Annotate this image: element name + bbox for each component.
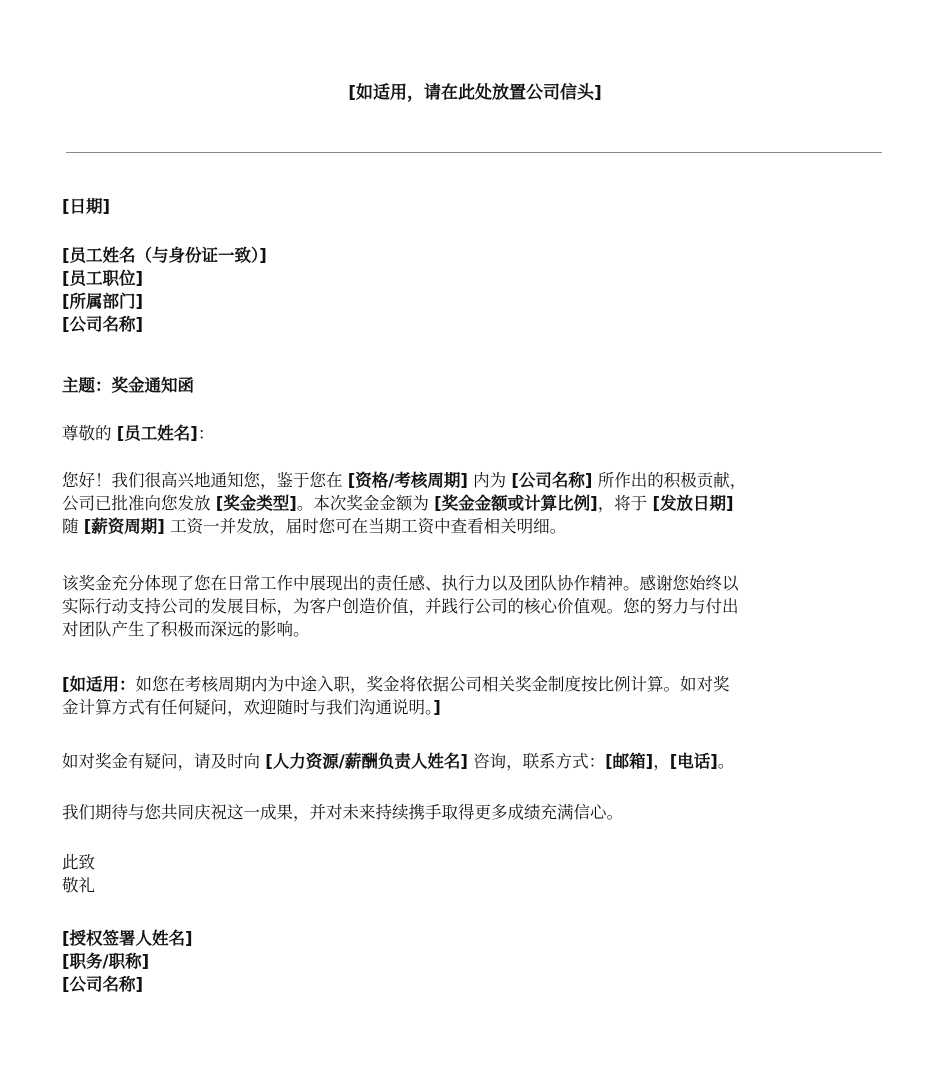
text-line: 该奖金充分体现了您在日常工作中展现出的责任感、执行力以及团队协作精神。感谢您始终… (62, 572, 892, 595)
signatory-title: [职务/职称] (62, 950, 892, 973)
placeholder-bonus-type: [奖金类型] (216, 494, 297, 513)
closing-block: 此致 敬礼 (62, 851, 892, 897)
date-block: [日期] (62, 195, 892, 218)
paragraph-bonus-details: 您好！我们很高兴地通知您，鉴于您在 [资格/考核周期] 内为 [公司名称] 所作… (62, 469, 892, 538)
text: ，将于 (598, 494, 653, 513)
recipient-block: [员工姓名（与身份证一致）] [员工职位] [所属部门] [公司名称] (62, 244, 892, 336)
date-placeholder: [日期] (62, 195, 892, 218)
recipient-company: [公司名称] (62, 313, 892, 336)
paragraph-appreciation: 该奖金充分体现了您在日常工作中展现出的责任感、执行力以及团队协作精神。感谢您始终… (62, 572, 892, 641)
placeholder-phone: [电话] (670, 752, 718, 771)
text: 。本次奖金金额为 (297, 494, 434, 513)
closing-bracket: ] (433, 698, 441, 717)
signatory-name: [授权签署人姓名] (62, 927, 892, 950)
text: 随 (62, 517, 84, 536)
subject-line: 主题：奖金通知函 (62, 374, 892, 397)
text-line: 实际行动支持公司的发展目标，为客户创造价值，并践行公司的核心价值观。您的努力与付… (62, 595, 892, 618)
paragraph-contact: 如对奖金有疑问，请及时向 [人力资源/薪酬负责人姓名] 咨询，联系方式：[邮箱]… (62, 750, 892, 773)
salutation-suffix: ： (198, 424, 215, 443)
closing-line-2: 敬礼 (62, 874, 892, 897)
placeholder-email: [邮箱] (605, 752, 653, 771)
letterhead-placeholder: [如适用，请在此处放置公司信头] (0, 82, 950, 105)
text: 如对奖金有疑问，请及时向 (62, 752, 265, 771)
if-applicable-label: [如适用： (62, 675, 136, 694)
text: 工资一并发放，届时您可在当期工资中查看相关明细。 (165, 517, 566, 536)
placeholder-company: [公司名称] (511, 471, 592, 490)
horizontal-divider (66, 152, 882, 153)
paragraph-closing-remark: 我们期待与您共同庆祝这一成果，并对未来持续携手取得更多成绩充满信心。 (62, 801, 892, 824)
salutation-name: [员工姓名] (117, 424, 198, 443)
text: 公司已批准向您发放 (62, 494, 216, 513)
signatory-company: [公司名称] (62, 973, 892, 996)
salutation-prefix: 尊敬的 (62, 424, 117, 443)
text-line: 我们期待与您共同庆祝这一成果，并对未来持续携手取得更多成绩充满信心。 (62, 801, 892, 824)
salutation: 尊敬的 [员工姓名]： (62, 422, 892, 445)
text: 。 (718, 752, 735, 771)
recipient-position: [员工职位] (62, 267, 892, 290)
text: 您好！我们很高兴地通知您，鉴于您在 (62, 471, 348, 490)
text: 金计算方式有任何疑问，欢迎随时与我们沟通说明。 (62, 698, 433, 717)
subject-text: 主题：奖金通知函 (62, 374, 892, 397)
placeholder-pay-cycle: [薪资周期] (84, 517, 165, 536)
signature-block: [授权签署人姓名] [职务/职称] [公司名称] (62, 927, 892, 996)
text: 如您在考核周期内为中途入职，奖金将依据公司相关奖金制度按比例计算。如对奖 (136, 675, 730, 694)
text: 内为 (468, 471, 512, 490)
placeholder-period: [资格/考核周期] (348, 471, 468, 490)
paragraph-proration-note: [如适用：如您在考核周期内为中途入职，奖金将依据公司相关奖金制度按比例计算。如对… (62, 673, 892, 719)
text-line: 对团队产生了积极而深远的影响。 (62, 618, 892, 641)
recipient-department: [所属部门] (62, 290, 892, 313)
text: ， (653, 752, 670, 771)
recipient-name: [员工姓名（与身份证一致）] (62, 244, 892, 267)
placeholder-bonus-amount: [奖金金额或计算比例] (434, 494, 598, 513)
text: 所作出的积极贡献， (592, 471, 746, 490)
closing-line-1: 此致 (62, 851, 892, 874)
placeholder-hr-contact: [人力资源/薪酬负责人姓名] (265, 752, 468, 771)
text: 咨询，联系方式： (468, 752, 605, 771)
placeholder-pay-date: [发放日期] (652, 494, 733, 513)
